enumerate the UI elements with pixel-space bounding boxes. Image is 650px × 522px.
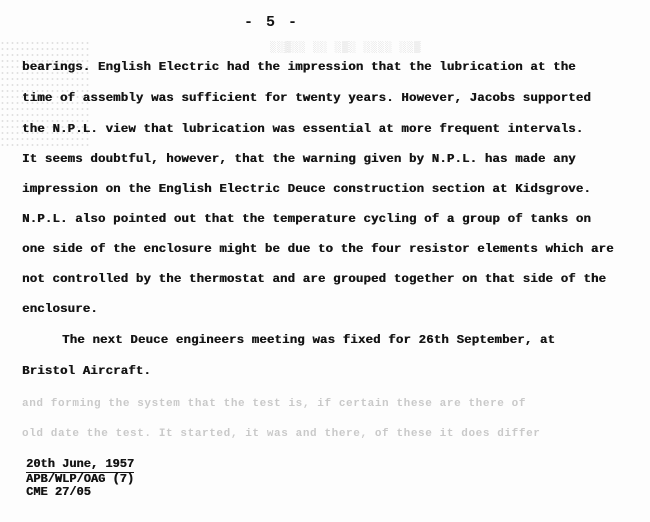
body-line-7: one side of the enclosure might be due t… xyxy=(22,242,614,256)
body-line-9: enclosure. xyxy=(22,302,98,316)
body-line-2: time of assembly was sufficient for twen… xyxy=(22,91,591,105)
body-line-8: not controlled by the thermostat and are… xyxy=(22,272,606,286)
reference-block: 20th June, 1957 APB/WLP/OAG (7) CME 27/0… xyxy=(26,458,134,499)
reference-date: 20th June, 1957 xyxy=(26,458,134,473)
paragraph2-line-2: Bristol Aircraft. xyxy=(22,364,151,378)
body-line-5: impression on the English Electric Deuce… xyxy=(22,182,591,196)
body-line-3: the N.P.L. view that lubrication was ess… xyxy=(22,122,583,136)
bleed-through-line-1: and forming the system that the test is,… xyxy=(22,398,526,410)
body-line-4: It seems doubtful, however, that the war… xyxy=(22,152,576,166)
bleed-through-header: ░░▒░░ ░░ ░▒░ ░░░░ ░░▒ xyxy=(270,42,421,54)
bleed-through-line-2: old date the test. It started, it was an… xyxy=(22,428,540,440)
page-number: - 5 - xyxy=(244,14,299,31)
reference-code: CME 27/05 xyxy=(26,486,134,499)
body-line-6: N.P.L. also pointed out that the tempera… xyxy=(22,212,591,226)
paragraph2-line-1: The next Deuce engineers meeting was fix… xyxy=(62,333,555,347)
document-page: - 5 - ░░▒░░ ░░ ░▒░ ░░░░ ░░▒ bearings. En… xyxy=(0,0,650,522)
body-line-1: bearings. English Electric had the impre… xyxy=(22,60,576,74)
